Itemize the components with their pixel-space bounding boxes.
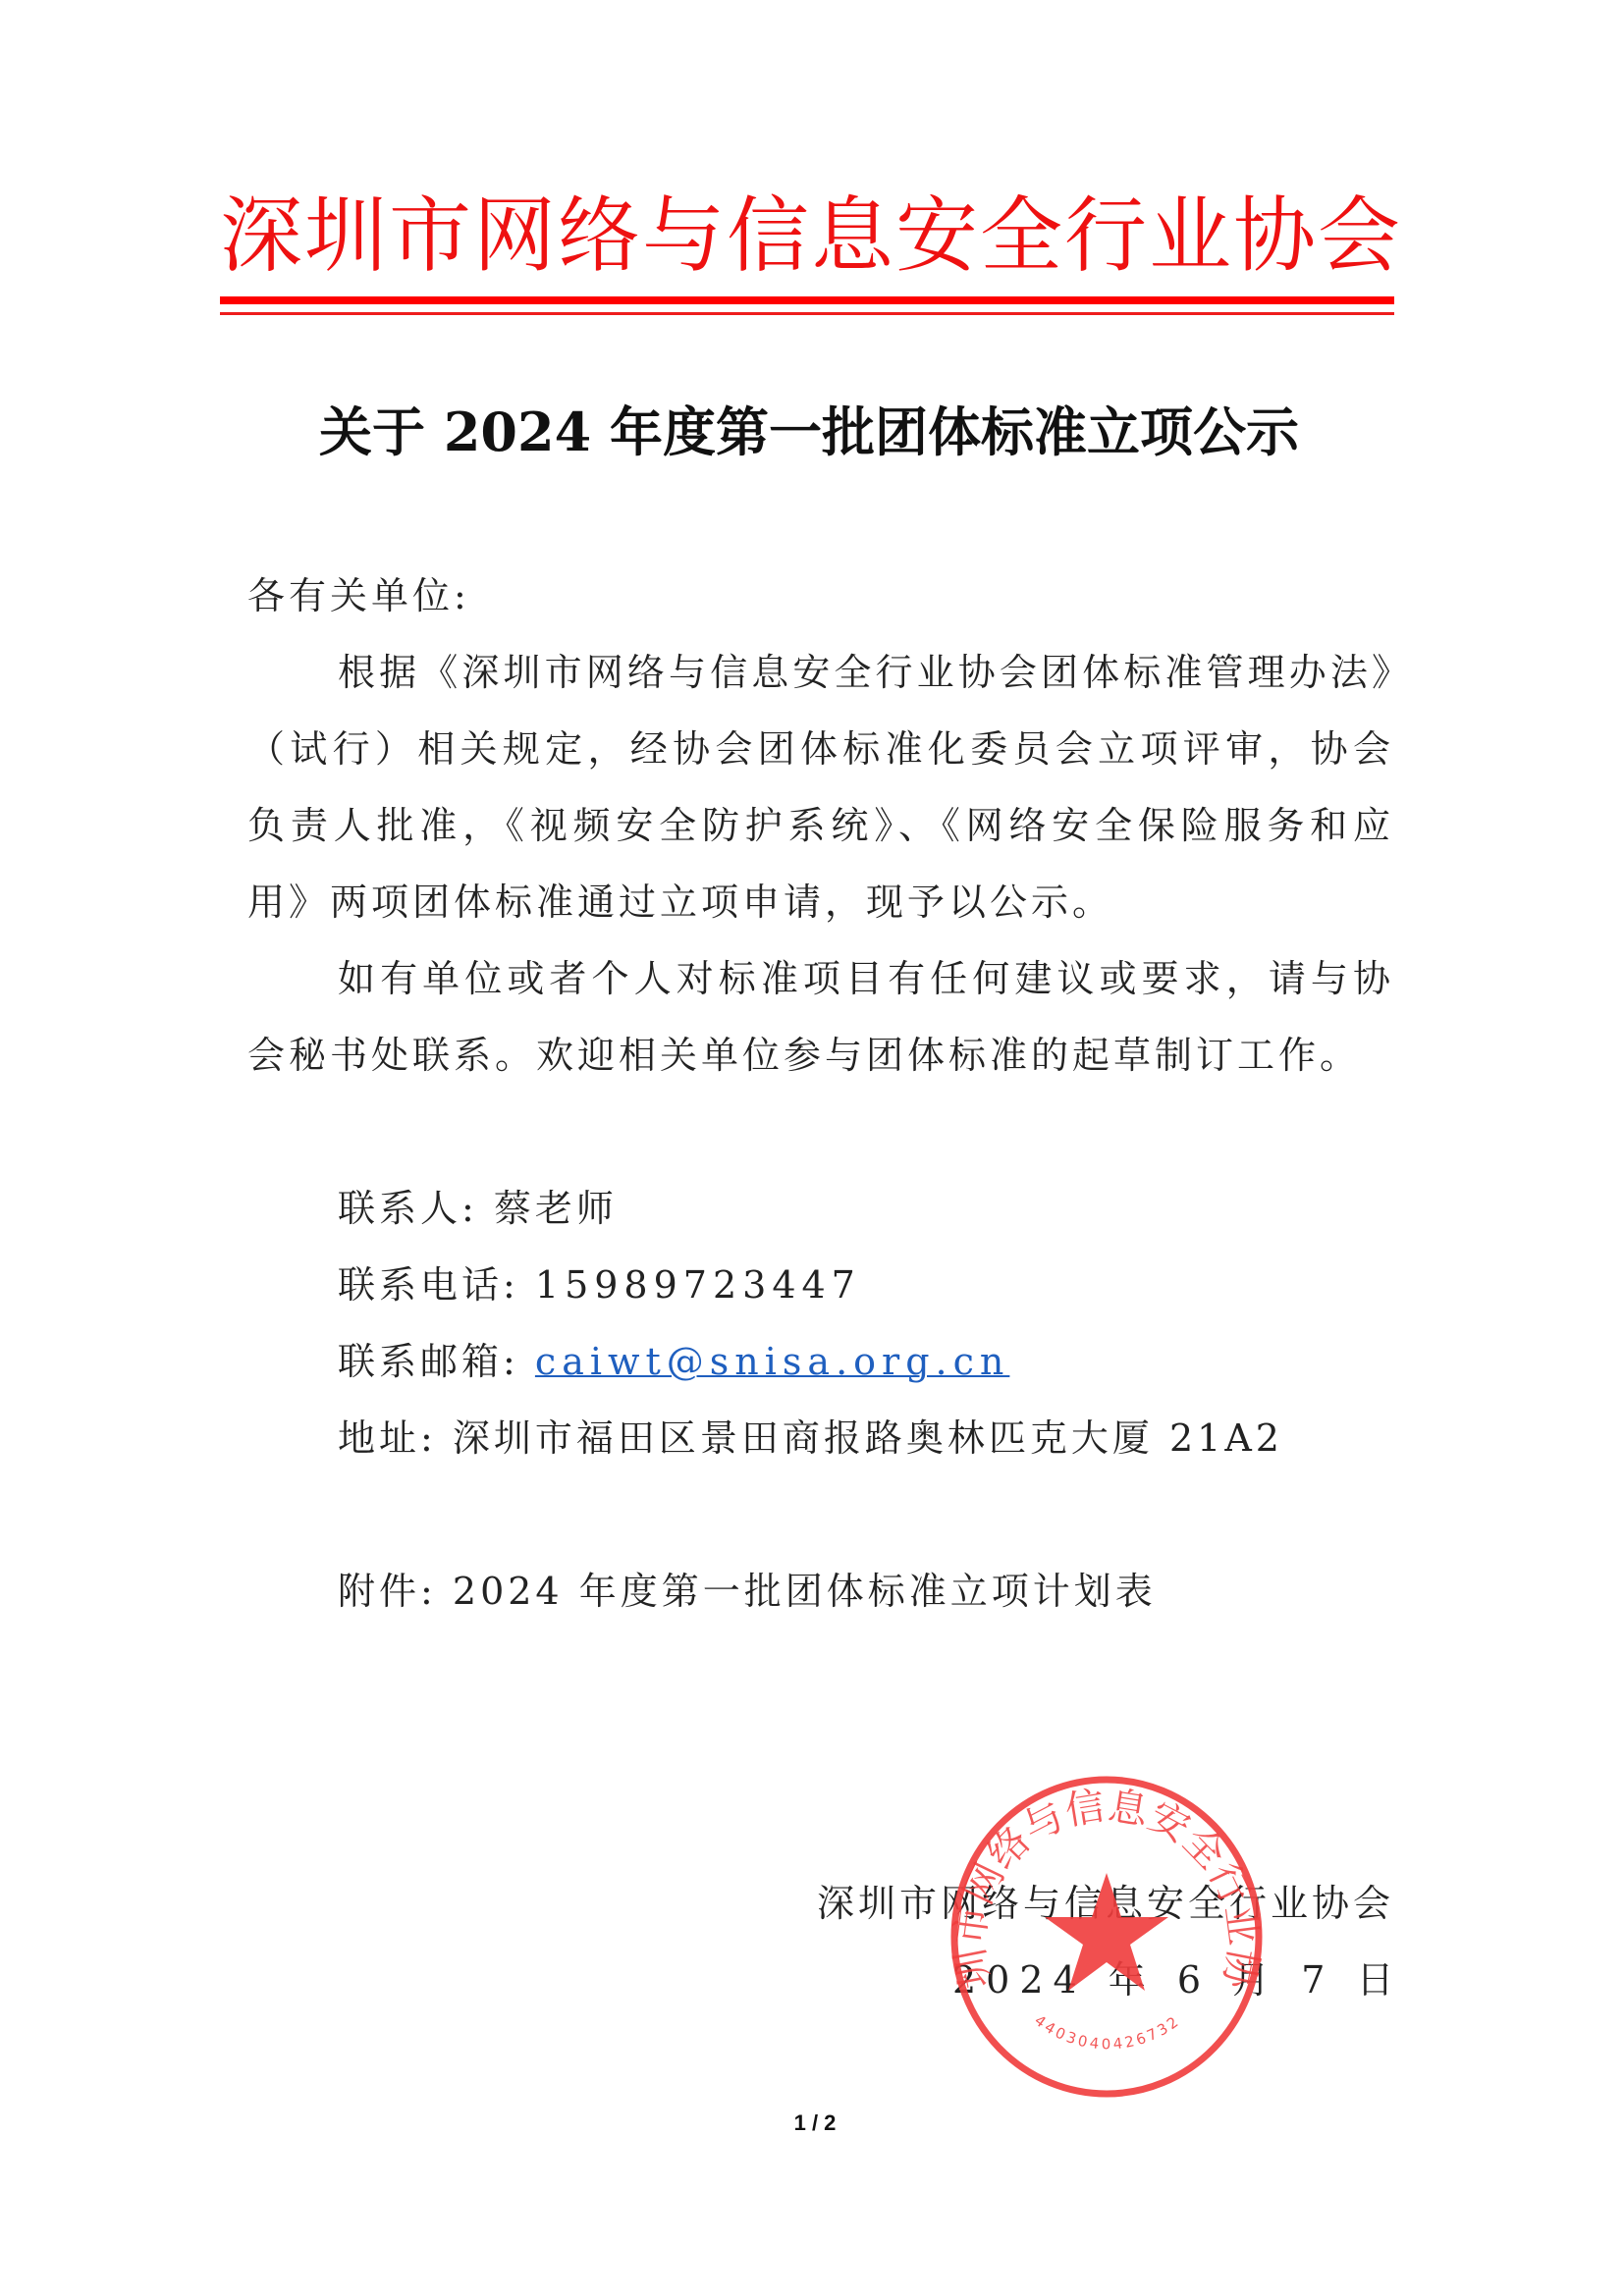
body-paragraph-2: 如有单位或者个人对标准项目有任何建议或要求，请与协会秘书处联系。欢迎相关单位参与… bbox=[247, 940, 1394, 1094]
salutation: 各有关单位: bbox=[247, 558, 470, 634]
contact-person-label: 联系人: bbox=[338, 1187, 478, 1230]
page-indicator: 1 / 2 bbox=[776, 2110, 854, 2136]
contact-phone-line: 联系电话: 15989723447 bbox=[338, 1247, 861, 1323]
contact-address-label: 地址: bbox=[338, 1416, 437, 1460]
contact-email-label: 联系邮箱: bbox=[338, 1340, 519, 1383]
attachment-label: 附件: bbox=[338, 1570, 437, 1613]
body-paragraph-1: 根据《深圳市网络与信息安全行业协会团体标准管理办法》（试行）相关规定，经协会团体… bbox=[247, 634, 1394, 940]
letterhead-rule-thin bbox=[220, 312, 1394, 315]
organization-letterhead: 深圳市网络与信息安全行业协会 bbox=[220, 187, 1398, 285]
letterhead-rule-thick bbox=[220, 296, 1394, 304]
contact-phone-label: 联系电话: bbox=[338, 1263, 519, 1307]
attachment-line: 附件: 2024 年度第一批团体标准立项计划表 bbox=[338, 1553, 1157, 1629]
signature-organization: 深圳市网络与信息安全行业协会 bbox=[776, 1865, 1394, 1942]
contact-email-line: 联系邮箱: caiwt@snisa.org.cn bbox=[338, 1323, 1009, 1400]
document-title: 关于 2024 年度第一批团体标准立项公示 bbox=[220, 393, 1398, 471]
signature-date: 2024 年 6 月 7 日 bbox=[952, 1942, 1403, 2018]
attachment-value: 2024 年度第一批团体标准立项计划表 bbox=[453, 1570, 1157, 1613]
contact-email-link[interactable]: caiwt@snisa.org.cn bbox=[535, 1340, 1009, 1383]
contact-phone-value: 15989723447 bbox=[535, 1263, 861, 1307]
contact-address-line: 地址: 深圳市福田区景田商报路奥林匹克大厦 21A2 bbox=[338, 1400, 1283, 1476]
contact-address-value: 深圳市福田区景田商报路奥林匹克大厦 21A2 bbox=[453, 1416, 1283, 1460]
contact-person-value: 蔡老师 bbox=[494, 1187, 618, 1230]
contact-person-line: 联系人: 蔡老师 bbox=[338, 1170, 618, 1247]
